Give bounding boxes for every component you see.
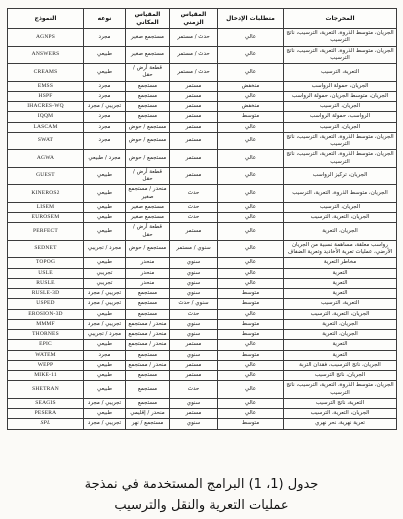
spatial-scale-cell: مستجمع (126, 299, 170, 309)
model-name-cell: SWAT (8, 132, 84, 150)
temporal-scale-cell: مستمر (170, 132, 218, 150)
outputs-cell: الجريان، حمولة الرواسب (284, 81, 397, 91)
temporal-scale-cell: حدث / مستمر (170, 46, 218, 64)
type-cell: طبيعي (84, 340, 126, 350)
type-cell: مجرد (84, 81, 126, 91)
temporal-scale-cell: حدث / مستمر (170, 29, 218, 47)
table-header-row: النموذجنوعهالمقياس المكانيالمقياس الزمني… (8, 9, 397, 29)
spatial-scale-cell: منحدر / مستجمع (126, 360, 170, 370)
model-name-cell: GUEST (8, 167, 84, 185)
spatial-scale-cell: منحدر (126, 258, 170, 268)
type-cell: مجرد (84, 122, 126, 132)
model-name-cell: EMSS (8, 81, 84, 91)
model-name-cell: SPL (8, 419, 84, 429)
type-cell: مجرد / تجريبي (84, 240, 126, 258)
spatial-scale-cell: مستجمع / حوض (126, 132, 170, 150)
type-cell: طبيعي (84, 46, 126, 64)
model-name-cell: EROSION-3D (8, 309, 84, 319)
outputs-cell: التعرية، ناتج الترسيب (284, 398, 397, 408)
type-cell: طبيعي (84, 309, 126, 319)
table-row: SPLتجريبي / مجردمستجمع / نهرسنويمتوسطتعر… (8, 419, 397, 429)
outputs-cell: الجريان، متوسط الجريان، حمولة الرواسب (284, 91, 397, 101)
outputs-cell: الجريان، التعرية (284, 223, 397, 241)
input-requirements-cell: عالي (218, 213, 284, 223)
table-row: WEPPطبيعيمنحدر / مستجمعمستمرعاليالجريان،… (8, 360, 397, 370)
spatial-scale-cell: مستجمع / حوض (126, 122, 170, 132)
input-requirements-cell: عالي (218, 223, 284, 241)
input-requirements-cell: متوسط (218, 319, 284, 329)
temporal-scale-cell: سنوي (170, 258, 218, 268)
type-cell: مجرد (84, 132, 126, 150)
type-cell: تجريبي (84, 268, 126, 278)
outputs-cell: الرواسب، حمولة الرواسب (284, 112, 397, 122)
table-row: SWATمجردمستجمع / حوضمستمرعاليالجريان، مت… (8, 132, 397, 150)
type-cell: مجرد (84, 112, 126, 122)
table-row: EPICطبيعيمنحدر / مستجمعمستمرعاليالتعرية (8, 340, 397, 350)
table-row: LISEMطبيعيمستجمع صغيرحدثعاليالجريان، الت… (8, 202, 397, 212)
table-row: EROSION-3Dطبيعيمستجمعحدثعاليالجريان، الت… (8, 309, 397, 319)
outputs-cell: الجريان، متوسط الذروة، التعرية، الترسيب،… (284, 132, 397, 150)
model-name-cell: USLE (8, 268, 84, 278)
table-caption: جدول (1، 1) البرامج المستخدمة في نمذجة ع… (0, 474, 403, 516)
table-row: EMSSمجردمستجمعمستمرمنخفضالجريان، حمولة ا… (8, 81, 397, 91)
type-cell: مجرد / طبيعي (84, 150, 126, 168)
temporal-scale-cell: مستمر (170, 91, 218, 101)
input-requirements-cell: عالي (218, 132, 284, 150)
model-name-cell: ANSWERS (8, 46, 84, 64)
outputs-cell: الجريان، التعرية، الترسيب (284, 213, 397, 223)
model-name-cell: PERFECT (8, 223, 84, 241)
table-row: AGNPSمجردمستجمع صغيرحدث / مستمرعاليالجري… (8, 29, 397, 47)
outputs-cell: الجريان، تركيز الرواسب (284, 167, 397, 185)
temporal-scale-cell: حدث (170, 202, 218, 212)
type-cell: طبيعي (84, 64, 126, 82)
header-input-requirements: متطلبات الإدخال (218, 9, 284, 29)
outputs-cell: الجريان، التعرية، الترسيب (284, 409, 397, 419)
outputs-cell: الجريان، التعرية (284, 319, 397, 329)
spatial-scale-cell: قطعة أرض / حقل (126, 223, 170, 241)
type-cell: مجرد / تجريبي (84, 330, 126, 340)
outputs-cell: الجريان، التعرية (284, 330, 397, 340)
model-name-cell: IQQM (8, 112, 84, 122)
spatial-scale-cell: منحدر (126, 278, 170, 288)
temporal-scale-cell: سنوي (170, 278, 218, 288)
input-requirements-cell: عالي (218, 340, 284, 350)
input-requirements-cell: عالي (218, 360, 284, 370)
input-requirements-cell: عالي (218, 381, 284, 399)
model-name-cell: HSPF (8, 91, 84, 101)
table-row: SHETRANطبيعيمستجمعحدثعاليالجريان، متوسط … (8, 381, 397, 399)
table-row: WATEMمجردمستجمعسنويمتوسطالتعرية (8, 350, 397, 360)
model-name-cell: MIKE-11 (8, 371, 84, 381)
outputs-cell: التعرية (284, 340, 397, 350)
spatial-scale-cell: منحدر (126, 268, 170, 278)
input-requirements-cell: عالي (218, 309, 284, 319)
input-requirements-cell: عالي (218, 122, 284, 132)
type-cell: طبيعي (84, 371, 126, 381)
temporal-scale-cell: مستمر (170, 150, 218, 168)
spatial-scale-cell: مستجمع (126, 81, 170, 91)
spatial-scale-cell: مستجمع (126, 289, 170, 299)
table-row: KINEROS2طبيعيمنحدر / مستجمع صغيرحدثعاليا… (8, 185, 397, 203)
type-cell: تجريبي / مجرد (84, 419, 126, 429)
table-row: MMMFتجريبي / مجردمنحدر / مستجمعسنويمتوسط… (8, 319, 397, 329)
outputs-cell: الجريان، متوسط الذروة، التعرية، الترسيب،… (284, 29, 397, 47)
outputs-cell: مخاطر التعرية (284, 258, 397, 268)
spatial-scale-cell: مستجمع (126, 398, 170, 408)
spatial-scale-cell: مستجمع / حوض (126, 150, 170, 168)
table-header: النموذجنوعهالمقياس المكانيالمقياس الزمني… (8, 9, 397, 29)
table-row: RUSLEتجريبيمنحدرسنويعاليالتعرية (8, 278, 397, 288)
table-row: USPEDتجريبي / مجردمستجمعسنوي / حدثمتوسطا… (8, 299, 397, 309)
outputs-cell: الجريان، ناتج الترسيب، فقدان التربة (284, 360, 397, 370)
outputs-cell: الجريان، ناتج الترسيب (284, 371, 397, 381)
type-cell: تجريبي / مجرد (84, 289, 126, 299)
model-name-cell: RUSLE-3D (8, 289, 84, 299)
temporal-scale-cell: سنوي (170, 268, 218, 278)
input-requirements-cell: عالي (218, 64, 284, 82)
table-row: USLEتجريبيمنحدرسنويعاليالتعرية (8, 268, 397, 278)
input-requirements-cell: عالي (218, 185, 284, 203)
table-caption-line1: جدول (1، 1) البرامج المستخدمة في نمذجة (0, 474, 403, 495)
outputs-cell: التعرية، الترسيب (284, 64, 397, 82)
table-row: MIKE-11طبيعيمستجمعمستمرعاليالجريان، ناتج… (8, 371, 397, 381)
temporal-scale-cell: مستمر (170, 340, 218, 350)
input-requirements-cell: عالي (218, 268, 284, 278)
header-temporal-scale: المقياس الزمني (170, 9, 218, 29)
model-name-cell: KINEROS2 (8, 185, 84, 203)
temporal-scale-cell: مستمر (170, 223, 218, 241)
model-name-cell: SHETRAN (8, 381, 84, 399)
model-name-cell: EUROSEM (8, 213, 84, 223)
model-name-cell: AGNPS (8, 29, 84, 47)
spatial-scale-cell: منحدر / إقليمي (126, 409, 170, 419)
model-name-cell: EPIC (8, 340, 84, 350)
spatial-scale-cell: منحدر / مستجمع صغير (126, 185, 170, 203)
spatial-scale-cell: مستجمع (126, 309, 170, 319)
spatial-scale-cell: منحدر / مستجمع (126, 340, 170, 350)
spatial-scale-cell: منحدر / مستجمع (126, 319, 170, 329)
input-requirements-cell: عالي (218, 258, 284, 268)
input-requirements-cell: عالي (218, 278, 284, 288)
model-name-cell: TOPOG (8, 258, 84, 268)
input-requirements-cell: عالي (218, 91, 284, 101)
type-cell: طبيعي (84, 360, 126, 370)
type-cell: طبيعي (84, 213, 126, 223)
outputs-cell: التعرية (284, 350, 397, 360)
spatial-scale-cell: قطعة أرض / حقل (126, 167, 170, 185)
model-name-cell: SEDNET (8, 240, 84, 258)
temporal-scale-cell: مستمر (170, 112, 218, 122)
table-row: THORNESمجرد / تجريبيمنحدر / مستجمعسنويمت… (8, 330, 397, 340)
temporal-scale-cell: سنوي (170, 330, 218, 340)
input-requirements-cell: عالي (218, 409, 284, 419)
input-requirements-cell: متوسط (218, 289, 284, 299)
input-requirements-cell: متوسط (218, 419, 284, 429)
outputs-cell: التعرية، الترسيب (284, 299, 397, 309)
type-cell: طبيعي (84, 223, 126, 241)
input-requirements-cell: متوسط (218, 350, 284, 360)
temporal-scale-cell: سنوي / مستمر (170, 240, 218, 258)
model-name-cell: MMMF (8, 319, 84, 329)
spatial-scale-cell: مستجمع (126, 350, 170, 360)
temporal-scale-cell: مستمر (170, 360, 218, 370)
spatial-scale-cell: مستجمع (126, 91, 170, 101)
model-name-cell: IHACRES-WQ (8, 102, 84, 112)
outputs-cell: الجريان، الترسيب (284, 202, 397, 212)
type-cell: طبيعي (84, 381, 126, 399)
type-cell: تجريبي / مجرد (84, 299, 126, 309)
table-body: AGNPSمجردمستجمع صغيرحدث / مستمرعاليالجري… (8, 29, 397, 430)
table-row: PERFECTطبيعيقطعة أرض / حقلمستمرعاليالجري… (8, 223, 397, 241)
temporal-scale-cell: مستمر (170, 409, 218, 419)
outputs-cell: التعرية (284, 268, 397, 278)
document-page: النموذجنوعهالمقياس المكانيالمقياس الزمني… (0, 0, 403, 519)
spatial-scale-cell: مستجمع (126, 381, 170, 399)
spatial-scale-cell: مستجمع صغير (126, 29, 170, 47)
header-type: نوعه (84, 9, 126, 29)
temporal-scale-cell: مستمر (170, 371, 218, 381)
header-outputs: المخرجات (284, 9, 397, 29)
outputs-cell: رواسب معلقة، مساهمة نسبية من الجريان الأ… (284, 240, 397, 258)
input-requirements-cell: عالي (218, 398, 284, 408)
input-requirements-cell: متوسط (218, 112, 284, 122)
model-name-cell: AGWA (8, 150, 84, 168)
table-row: SEAGISتجريبي / مجردمستجمعسنويعاليالتعرية… (8, 398, 397, 408)
table-row: IQQMمجردمستجمعمستمرمتوسطالرواسب، حمولة ا… (8, 112, 397, 122)
input-requirements-cell: عالي (218, 46, 284, 64)
outputs-cell: الجريان، التعرية، الترسيب (284, 309, 397, 319)
spatial-scale-cell: مستجمع (126, 371, 170, 381)
table-row: CREAMSطبيعيقطعة أرض / حقلحدث / مستمرعالي… (8, 64, 397, 82)
outputs-cell: الجريان، الترسيب (284, 102, 397, 112)
spatial-scale-cell: مستجمع (126, 112, 170, 122)
table-caption-line2: عمليات التعرية والنقل والترسيب (0, 495, 403, 516)
type-cell: تجريبي / مجرد (84, 398, 126, 408)
type-cell: مجرد (84, 350, 126, 360)
spatial-scale-cell: مستجمع / نهر (126, 419, 170, 429)
model-name-cell: WEPP (8, 360, 84, 370)
type-cell: مجرد (84, 91, 126, 101)
spatial-scale-cell: مستجمع (126, 102, 170, 112)
outputs-cell: الجريان، متوسط الذروة، التعرية، الترسيب،… (284, 381, 397, 399)
input-requirements-cell: منخفض (218, 81, 284, 91)
temporal-scale-cell: حدث / مستمر (170, 64, 218, 82)
type-cell: طبيعي (84, 258, 126, 268)
model-name-cell: LASCAM (8, 122, 84, 132)
temporal-scale-cell: سنوي (170, 398, 218, 408)
temporal-scale-cell: حدث (170, 213, 218, 223)
model-name-cell: THORNES (8, 330, 84, 340)
outputs-cell: الجريان، متوسط الذروة، التعرية، الترسيب،… (284, 46, 397, 64)
spatial-scale-cell: قطعة أرض / حقل (126, 64, 170, 82)
table-row: PESERAطبيعيمنحدر / إقليميمستمرعاليالجريا… (8, 409, 397, 419)
temporal-scale-cell: سنوي / حدث (170, 299, 218, 309)
input-requirements-cell: عالي (218, 150, 284, 168)
model-name-cell: RUSLE (8, 278, 84, 288)
model-name-cell: LISEM (8, 202, 84, 212)
temporal-scale-cell: حدث (170, 309, 218, 319)
table-row: LASCAMمجردمستجمع / حوضمستمرعاليالجريان، … (8, 122, 397, 132)
table-row: RUSLE-3Dتجريبي / مجردمستجمعسنويمتوسطالتع… (8, 289, 397, 299)
input-requirements-cell: عالي (218, 202, 284, 212)
model-name-cell: WATEM (8, 350, 84, 360)
input-requirements-cell: منخفض (218, 102, 284, 112)
model-name-cell: PESERA (8, 409, 84, 419)
input-requirements-cell: عالي (218, 29, 284, 47)
table-row: IHACRES-WQتجريبي / مجردمستجمعمستمرمنخفضا… (8, 102, 397, 112)
type-cell: تجريبي (84, 278, 126, 288)
type-cell: طبيعي (84, 167, 126, 185)
input-requirements-cell: متوسط (218, 299, 284, 309)
table-row: ANSWERSطبيعيمستجمع صغيرحدث / مستمرعاليال… (8, 46, 397, 64)
type-cell: طبيعي (84, 409, 126, 419)
table-row: TOPOGطبيعيمنحدرسنويعاليمخاطر التعرية (8, 258, 397, 268)
temporal-scale-cell: حدث (170, 381, 218, 399)
type-cell: تجريبي / مجرد (84, 319, 126, 329)
table-row: SEDNETمجرد / تجريبيمستجمع / حوضسنوي / مس… (8, 240, 397, 258)
temporal-scale-cell: مستمر (170, 81, 218, 91)
table-row: EUROSEMطبيعيمستجمع صغيرحدثعاليالجريان، ا… (8, 213, 397, 223)
input-requirements-cell: متوسط (218, 330, 284, 340)
model-name-cell: SEAGIS (8, 398, 84, 408)
temporal-scale-cell: سنوي (170, 419, 218, 429)
temporal-scale-cell: مستمر (170, 167, 218, 185)
model-name-cell: USPED (8, 299, 84, 309)
temporal-scale-cell: مستمر (170, 102, 218, 112)
type-cell: طبيعي (84, 185, 126, 203)
outputs-cell: الجريان، متوسط الذروة، التعرية، الترسيب،… (284, 150, 397, 168)
table-row: AGWAمجرد / طبيعيمستجمع / حوضمستمرعاليالج… (8, 150, 397, 168)
type-cell: طبيعي (84, 202, 126, 212)
outputs-cell: الجريان، الترسيب (284, 122, 397, 132)
outputs-cell: التعرية (284, 289, 397, 299)
spatial-scale-cell: منحدر / مستجمع (126, 330, 170, 340)
temporal-scale-cell: مستمر (170, 122, 218, 132)
model-name-cell: CREAMS (8, 64, 84, 82)
outputs-cell: التعرية (284, 278, 397, 288)
temporal-scale-cell: حدث (170, 185, 218, 203)
header-model: النموذج (8, 9, 84, 29)
type-cell: مجرد (84, 29, 126, 47)
spatial-scale-cell: مستجمع صغير (126, 46, 170, 64)
temporal-scale-cell: سنوي (170, 319, 218, 329)
spatial-scale-cell: مستجمع / حوض (126, 240, 170, 258)
spatial-scale-cell: مستجمع صغير (126, 202, 170, 212)
outputs-cell: الجريان، متوسط الذروة، التعرية، الترسيب (284, 185, 397, 203)
outputs-cell: تعرية نهرية، نحر نهري (284, 419, 397, 429)
input-requirements-cell: عالي (218, 167, 284, 185)
table-row: GUESTطبيعيقطعة أرض / حقلمستمرعاليالجريان… (8, 167, 397, 185)
input-requirements-cell: عالي (218, 240, 284, 258)
type-cell: تجريبي / مجرد (84, 102, 126, 112)
temporal-scale-cell: سنوي (170, 289, 218, 299)
table-row: HSPFمجردمستجمعمستمرعاليالجريان، متوسط ال… (8, 91, 397, 101)
temporal-scale-cell: سنوي (170, 350, 218, 360)
input-requirements-cell: عالي (218, 371, 284, 381)
header-spatial-scale: المقياس المكاني (126, 9, 170, 29)
spatial-scale-cell: مستجمع صغير (126, 213, 170, 223)
erosion-models-table: النموذجنوعهالمقياس المكانيالمقياس الزمني… (7, 8, 397, 430)
